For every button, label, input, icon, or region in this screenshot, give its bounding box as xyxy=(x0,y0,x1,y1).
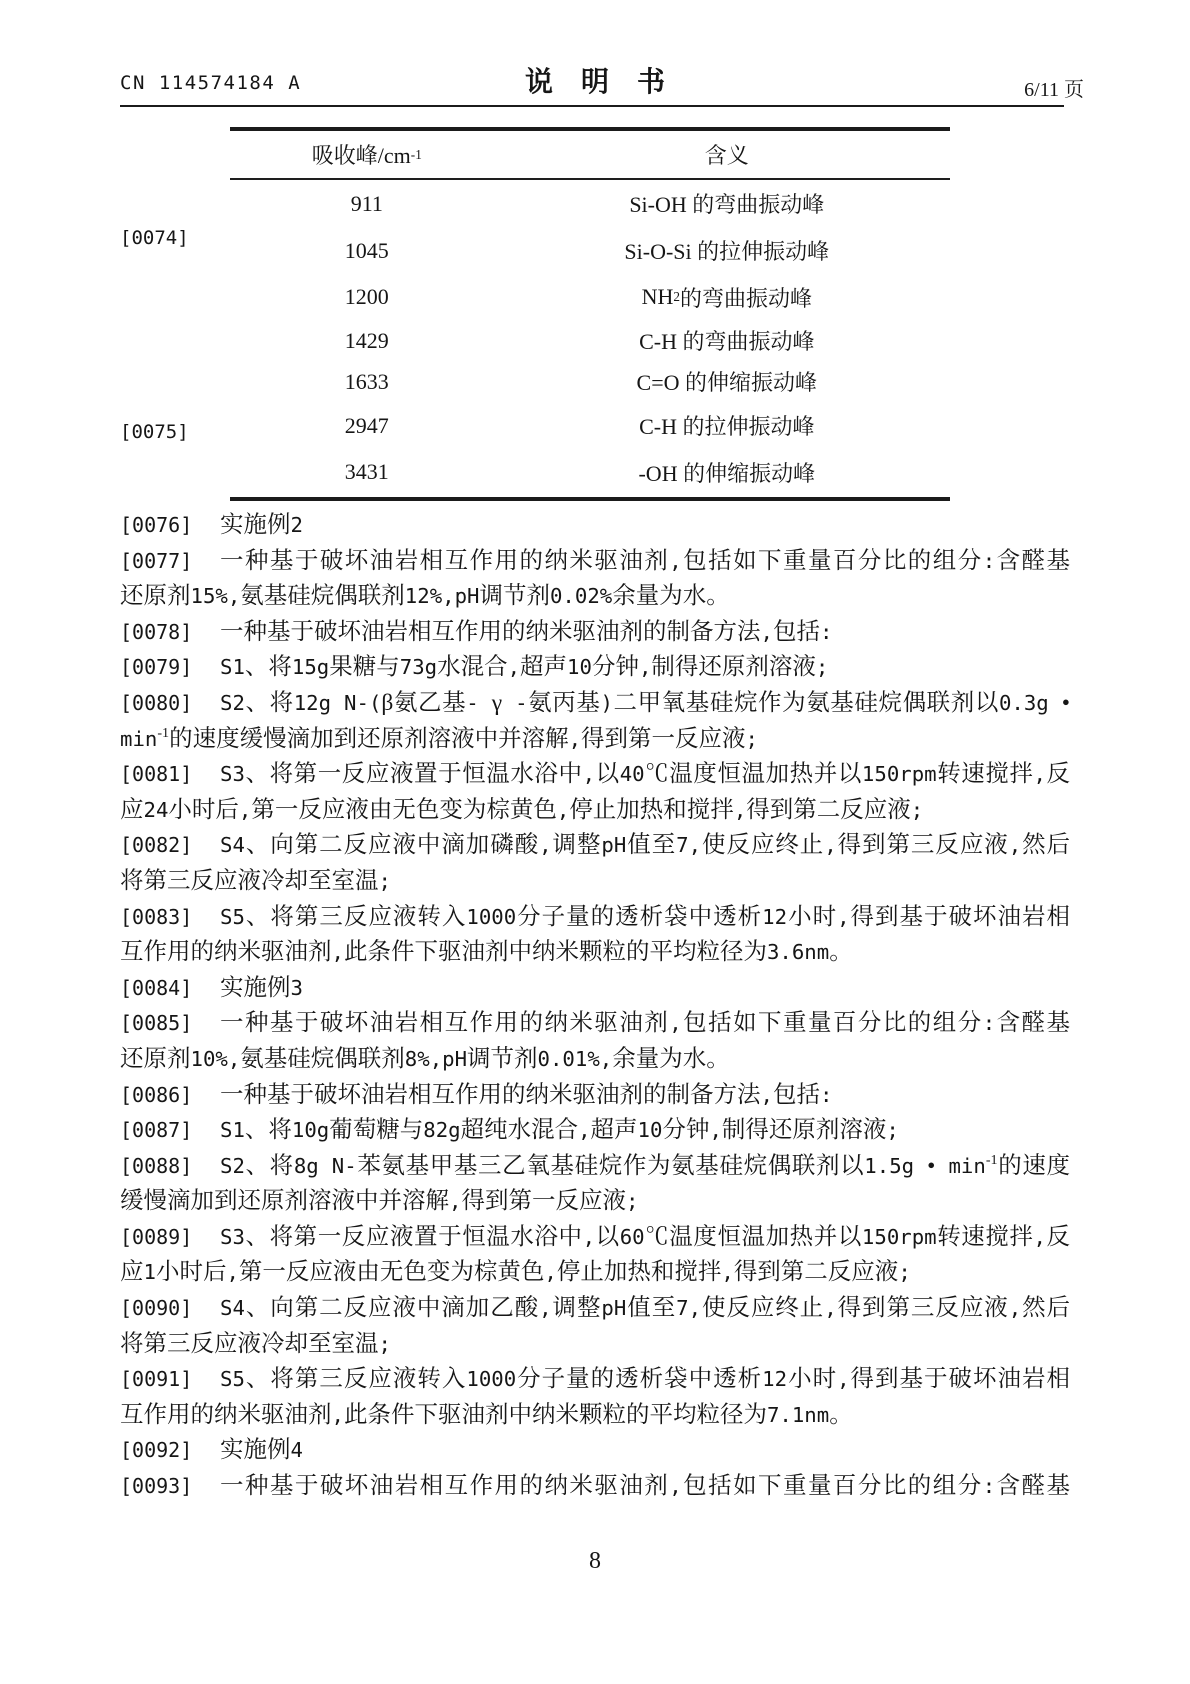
latin-text: ; xyxy=(626,1189,638,1213)
paragraph-text: 将第三反应液冷却至室温; xyxy=(120,864,1070,900)
latin-text: 1000 xyxy=(466,905,516,929)
paragraph-marker: [0074] xyxy=(120,227,189,249)
latin-text: 15g xyxy=(292,655,329,679)
table-header-peak: 吸收峰/cm-1 xyxy=(230,131,504,178)
latin-text: 40 xyxy=(620,762,645,786)
paragraph-marker: [0089] xyxy=(120,1220,220,1256)
paragraph-marker: [0079] xyxy=(120,650,220,686)
paragraph-first-line: [0084]实施例3 xyxy=(120,971,1070,1007)
paragraph-text: 一种基于破坏油岩相互作用的纳米驱油剂的制备方法,包括: xyxy=(220,615,1070,651)
peak-meaning: Si-O-Si 的拉伸振动峰 xyxy=(504,227,950,274)
latin-text: ) xyxy=(600,691,612,715)
paragraph-first-line: [0079]S1、将15g果糖与73g水混合,超声10分钟,制得还原剂溶液; xyxy=(120,650,1070,686)
peak-value: 911 xyxy=(230,180,504,227)
paragraph-continuation-line: 应24小时后,第一反应液由无色变为棕黄色,停止加热和搅拌,得到第二反应液; xyxy=(120,793,1070,829)
paragraph-marker: [0091] xyxy=(120,1362,220,1398)
latin-text: : xyxy=(983,549,995,573)
latin-text: , xyxy=(539,1296,551,1320)
latin-text: , xyxy=(449,1189,461,1213)
latin-text: , xyxy=(569,727,581,751)
latin-text: S2 xyxy=(220,1154,245,1178)
paragraph-text: S5、将第三反应液转入1000分子量的透析袋中透析12小时,得到基于破坏油岩相 xyxy=(220,900,1070,936)
latin-text: - xyxy=(466,691,491,715)
table-row: 2947C-H 的拉伸振动峰 xyxy=(230,402,950,449)
latin-text: , xyxy=(583,1225,595,1249)
paragraph-marker: [0092] xyxy=(120,1433,220,1469)
latin-text: 0.01%, xyxy=(538,1047,613,1071)
latin-text: ; xyxy=(746,727,758,751)
paragraph-first-line: [0081]S3、将第一反应液置于恒温水浴中,以40℃温度恒温加热并以150rp… xyxy=(120,757,1070,793)
paragraph-text: 互作用的纳米驱油剂,此条件下驱油剂中纳米颗粒的平均粒径为3.6nm。 xyxy=(120,935,1070,971)
paragraph-marker: [0087] xyxy=(120,1113,220,1149)
latin-text: 24 xyxy=(144,798,169,822)
latin-text: 10g xyxy=(292,1118,329,1142)
latin-text: S1 xyxy=(220,655,245,679)
paragraph-marker: [0090] xyxy=(120,1291,220,1327)
latin-text: ; xyxy=(379,869,391,893)
paragraph-first-line: [0085]一种基于破坏油岩相互作用的纳米驱油剂,包括如下重量百分比的组分:含醛… xyxy=(120,1006,1070,1042)
paragraph-text: 实施例3 xyxy=(220,971,1070,1007)
paragraph-text: 一种基于破坏油岩相互作用的纳米驱油剂,包括如下重量百分比的组分:含醛基 xyxy=(220,1006,1070,1042)
latin-text: 1 xyxy=(144,1260,156,1284)
paragraph-text: 还原剂10%,氨基硅烷偶联剂8%,pH调节剂0.01%,余量为水。 xyxy=(120,1042,1070,1078)
page-indicator: 6/11 页 xyxy=(1024,73,1084,102)
latin-text: 1000 xyxy=(466,1367,516,1391)
latin-text: , xyxy=(824,1296,836,1320)
latin-text: , xyxy=(578,1118,590,1142)
paragraph-marker: [0076] xyxy=(120,508,220,544)
latin-text: , xyxy=(669,1011,681,1035)
peak-value: 1429 xyxy=(230,320,504,361)
paragraph-marker: [0078] xyxy=(120,615,220,651)
peak-meaning: -OH 的伸缩振动峰 xyxy=(504,449,950,495)
latin-text: , xyxy=(332,940,344,964)
table-header-row: 吸收峰/cm-1 含义 xyxy=(230,131,950,180)
peak-meaning: Si-OH 的弯曲振动峰 xyxy=(504,180,950,227)
table-header-meaning: 含义 xyxy=(504,131,950,178)
latin-text: 7, xyxy=(676,833,701,857)
latin-text: 8%,pH xyxy=(405,1047,467,1071)
paragraph-continuation-line: min-1的速度缓慢滴加到还原剂溶液中并溶解,得到第一反应液; xyxy=(120,722,1070,758)
latin-text: : xyxy=(820,1083,832,1107)
table-row: 911Si-OH 的弯曲振动峰 xyxy=(230,180,950,227)
latin-text: ; xyxy=(911,798,923,822)
latin-text: , xyxy=(721,1260,733,1284)
latin-text: : xyxy=(820,620,832,644)
peak-value: 2947 xyxy=(230,402,504,449)
paragraph-continuation-line: 还原剂15%,氨基硅烷偶联剂12%,pH调节剂0.02%余量为水。 xyxy=(120,579,1070,615)
latin-text: 10 xyxy=(638,1118,663,1142)
paragraph-marker: [0077] xyxy=(120,544,220,580)
latin-text: , xyxy=(332,1403,344,1427)
latin-text: 1.5g xyxy=(864,1154,927,1178)
patent-page: CN 114574184 A 说 明 书 6/11 页 吸收峰/cm-1 含义 … xyxy=(0,0,1190,1684)
latin-text: 7, xyxy=(676,1296,701,1320)
latin-text: min xyxy=(120,727,157,751)
latin-text: pH xyxy=(601,1296,626,1320)
paragraph-text: 还原剂15%,氨基硅烷偶联剂12%,pH调节剂0.02%余量为水。 xyxy=(120,579,1070,615)
paragraph-first-line: [0078]一种基于破坏油岩相互作用的纳米驱油剂的制备方法,包括: xyxy=(120,615,1070,651)
page-number: 8 xyxy=(0,1548,1190,1575)
paragraph-continuation-line: 缓慢滴加到还原剂溶液中并溶解,得到第一反应液; xyxy=(120,1184,1070,1220)
latin-text: 150rpm xyxy=(862,1225,937,1249)
paragraph-first-line: [0090]S4、向第二反应液中滴加乙酸,调整pH值至7,使反应终止,得到第三反… xyxy=(120,1291,1070,1327)
table-row: 1045Si-O-Si 的拉伸振动峰 xyxy=(230,227,950,274)
paragraph-text: S3、将第一反应液置于恒温水浴中,以40℃温度恒温加热并以150rpm转速搅拌,… xyxy=(220,757,1070,793)
latin-text: , xyxy=(761,620,773,644)
latin-text: : xyxy=(983,1011,995,1035)
latin-text: 10 xyxy=(567,655,592,679)
latin-text: S3 xyxy=(220,1225,245,1249)
peak-value: 1633 xyxy=(230,361,504,402)
latin-text: , xyxy=(1009,1296,1021,1320)
latin-text: , xyxy=(226,1260,238,1284)
latin-text: S1 xyxy=(220,1118,245,1142)
latin-text: 3.6nm xyxy=(767,940,829,964)
latin-text: 8g N- xyxy=(294,1154,357,1178)
paragraph-first-line: [0093]一种基于破坏油岩相互作用的纳米驱油剂,包括如下重量百分比的组分:含醛… xyxy=(120,1469,1070,1505)
latin-text: , xyxy=(837,1367,849,1391)
latin-text: , xyxy=(544,1260,556,1284)
table-row: 1633C=O 的伸缩振动峰 xyxy=(230,361,950,402)
table-row: 1429C-H 的弯曲振动峰 xyxy=(230,320,950,361)
paragraph-text: 缓慢滴加到还原剂溶液中并溶解,得到第一反应液; xyxy=(120,1184,1070,1220)
paragraph-first-line: [0089]S3、将第一反应液置于恒温水浴中,以60℃温度恒温加热并以150rp… xyxy=(120,1220,1070,1256)
latin-text: 82g xyxy=(423,1118,460,1142)
paragraph-text: 一种基于破坏油岩相互作用的纳米驱油剂的制备方法,包括: xyxy=(220,1078,1070,1114)
latin-text: 60 xyxy=(620,1225,645,1249)
latin-text: , xyxy=(557,798,569,822)
paragraph-text: 一种基于破坏油岩相互作用的纳米驱油剂,包括如下重量百分比的组分:含醛基 xyxy=(220,1469,1070,1505)
latin-text: S4 xyxy=(220,1296,245,1320)
paragraph-marker: [0088] xyxy=(120,1149,220,1185)
latin-text: ; xyxy=(379,1332,391,1356)
page-title: 说 明 书 xyxy=(0,60,1190,100)
latin-text: , xyxy=(1034,1225,1046,1249)
table-row: 3431-OH 的伸缩振动峰 xyxy=(230,449,950,495)
paragraph-text: S2、将12g N-(β氨乙基- γ -氨丙基)二甲氧基硅烷作为氨基硅烷偶联剂以… xyxy=(220,686,1070,722)
paragraph-continuation-line: 互作用的纳米驱油剂,此条件下驱油剂中纳米颗粒的平均粒径为3.6nm。 xyxy=(120,935,1070,971)
latin-text: 12 xyxy=(762,905,787,929)
paragraph-continuation-line: 互作用的纳米驱油剂,此条件下驱油剂中纳米颗粒的平均粒径为7.1nm。 xyxy=(120,1398,1070,1434)
paragraph-continuation-line: 将第三反应液冷却至室温; xyxy=(120,864,1070,900)
paragraph-marker: [0081] xyxy=(120,757,220,793)
latin-text: , xyxy=(539,833,551,857)
paragraph-text: S4、向第二反应液中滴加磷酸,调整pH值至7,使反应终止,得到第三反应液,然后 xyxy=(220,828,1070,864)
paragraph-first-line: [0088]S2、将8g N-苯氨基甲基三乙氧基硅烷作为氨基硅烷偶联剂以1.5g… xyxy=(120,1149,1070,1185)
paragraph-text: S3、将第一反应液置于恒温水浴中,以60℃温度恒温加热并以150rpm转速搅拌,… xyxy=(220,1220,1070,1256)
peak-value: 1045 xyxy=(230,227,504,274)
latin-text: , xyxy=(508,655,520,679)
latin-text: 7.1nm xyxy=(767,1403,829,1427)
latin-text: 73g xyxy=(400,655,437,679)
paragraph-text: 一种基于破坏油岩相互作用的纳米驱油剂,包括如下重量百分比的组分:含醛基 xyxy=(220,544,1070,580)
paragraph-text: S1、将10g葡萄糖与82g超纯水混合,超声10分钟,制得还原剂溶液; xyxy=(220,1113,1070,1149)
latin-text: 12g N-( xyxy=(294,691,382,715)
latin-text: pH xyxy=(601,833,626,857)
peak-meaning: C-H 的弯曲振动峰 xyxy=(504,320,950,361)
header-rule xyxy=(120,105,1064,107)
paragraph-first-line: [0076]实施例2 xyxy=(120,508,1070,544)
paragraph-first-line: [0083]S5、将第三反应液转入1000分子量的透析袋中透析12小时,得到基于… xyxy=(120,900,1070,936)
latin-text: 0.3g xyxy=(999,691,1062,715)
latin-text: - xyxy=(502,691,527,715)
paragraph-first-line: [0091]S5、将第三反应液转入1000分子量的透析袋中透析12小时,得到基于… xyxy=(120,1362,1070,1398)
paragraph-text: 应24小时后,第一反应液由无色变为棕黄色,停止加热和搅拌,得到第二反应液; xyxy=(120,793,1070,829)
latin-text: min xyxy=(935,1154,985,1178)
paragraph-text: S4、向第二反应液中滴加乙酸,调整pH值至7,使反应终止,得到第三反应液,然后 xyxy=(220,1291,1070,1327)
latin-text: 12 xyxy=(762,1367,787,1391)
paragraph-marker: [0084] xyxy=(120,971,220,1007)
latin-text: , xyxy=(583,762,595,786)
paragraph-text: 实施例2 xyxy=(220,508,1070,544)
paragraph-text: 应1小时后,第一反应液由无色变为棕黄色,停止加热和搅拌,得到第二反应液; xyxy=(120,1255,1070,1291)
paragraph-marker: [0080] xyxy=(120,686,220,722)
paragraph-first-line: [0080]S2、将12g N-(β氨乙基- γ -氨丙基)二甲氧基硅烷作为氨基… xyxy=(120,686,1070,722)
paragraph-first-line: [0086]一种基于破坏油岩相互作用的纳米驱油剂的制备方法,包括: xyxy=(120,1078,1070,1114)
latin-text: , xyxy=(734,798,746,822)
latin-text: S2 xyxy=(220,691,245,715)
latin-text: 2 xyxy=(291,513,303,537)
peak-value: 1200 xyxy=(230,274,504,320)
latin-text: 4 xyxy=(291,1438,303,1462)
paragraph-text: 将第三反应液冷却至室温; xyxy=(120,1327,1070,1363)
latin-text: ; xyxy=(886,1118,898,1142)
paragraph-text: S1、将15g果糖与73g水混合,超声10分钟,制得还原剂溶液; xyxy=(220,650,1070,686)
latin-text: S3 xyxy=(220,762,245,786)
paragraph-continuation-line: 还原剂10%,氨基硅烷偶联剂8%,pH调节剂0.01%,余量为水。 xyxy=(120,1042,1070,1078)
latin-text: 3 xyxy=(291,976,303,1000)
paragraph-text: S2、将8g N-苯氨基甲基三乙氧基硅烷作为氨基硅烷偶联剂以1.5g • min… xyxy=(220,1149,1070,1185)
paragraph-text: S5、将第三反应液转入1000分子量的透析袋中透析12小时,得到基于破坏油岩相 xyxy=(220,1362,1070,1398)
peak-meaning: C-H 的拉伸振动峰 xyxy=(504,402,950,449)
latin-text: , xyxy=(669,1474,681,1498)
latin-text: , xyxy=(837,905,849,929)
latin-text: , xyxy=(239,798,251,822)
peak-meaning: C=O 的伸缩振动峰 xyxy=(504,361,950,402)
peak-meaning: NH2 的弯曲振动峰 xyxy=(504,274,950,320)
paragraph-first-line: [0092]实施例4 xyxy=(120,1433,1070,1469)
paragraph-first-line: [0077]一种基于破坏油岩相互作用的纳米驱油剂,包括如下重量百分比的组分:含醛… xyxy=(120,544,1070,580)
paragraph-marker: [0083] xyxy=(120,900,220,936)
paragraph-first-line: [0082]S4、向第二反应液中滴加磷酸,调整pH值至7,使反应终止,得到第三反… xyxy=(120,828,1070,864)
paragraph-marker: [0075] xyxy=(120,421,189,443)
latin-text: 15%, xyxy=(191,584,241,608)
table-row: 1200NH2 的弯曲振动峰 xyxy=(230,274,950,320)
specification-body: [0076]实施例2[0077]一种基于破坏油岩相互作用的纳米驱油剂,包括如下重… xyxy=(120,508,1070,1505)
paragraph-marker: [0093] xyxy=(120,1469,220,1505)
table-body: 911Si-OH 的弯曲振动峰1045Si-O-Si 的拉伸振动峰1200NH2… xyxy=(230,180,950,495)
latin-text: , xyxy=(1009,833,1021,857)
paragraph-text: 实施例4 xyxy=(220,1433,1070,1469)
absorption-peak-table: 吸收峰/cm-1 含义 911Si-OH 的弯曲振动峰1045Si-O-Si 的… xyxy=(230,127,950,501)
latin-text: ; xyxy=(898,1260,910,1284)
latin-text: , xyxy=(669,549,681,573)
latin-text: , xyxy=(709,1118,721,1142)
latin-text: S4 xyxy=(220,833,245,857)
paragraph-text: 互作用的纳米驱油剂,此条件下驱油剂中纳米颗粒的平均粒径为7.1nm。 xyxy=(120,1398,1070,1434)
latin-text: , xyxy=(639,655,651,679)
paragraph-marker: [0085] xyxy=(120,1006,220,1042)
latin-text: S5 xyxy=(220,905,245,929)
latin-text: : xyxy=(983,1474,995,1498)
latin-text: 0.02% xyxy=(550,584,612,608)
paragraph-text: min-1的速度缓慢滴加到还原剂溶液中并溶解,得到第一反应液; xyxy=(120,722,1070,758)
latin-text: ; xyxy=(816,655,828,679)
paragraph-continuation-line: 将第三反应液冷却至室温; xyxy=(120,1327,1070,1363)
peak-value: 3431 xyxy=(230,449,504,495)
latin-text: 150rpm xyxy=(862,762,937,786)
paragraph-first-line: [0087]S1、将10g葡萄糖与82g超纯水混合,超声10分钟,制得还原剂溶液… xyxy=(120,1113,1070,1149)
paragraph-marker: [0082] xyxy=(120,828,220,864)
latin-text: , xyxy=(761,1083,773,1107)
latin-text: , xyxy=(824,833,836,857)
paragraph-marker: [0086] xyxy=(120,1078,220,1114)
latin-text: 10%, xyxy=(191,1047,241,1071)
latin-text: S5 xyxy=(220,1367,245,1391)
latin-text: 12%,pH xyxy=(405,584,480,608)
paragraph-continuation-line: 应1小时后,第一反应液由无色变为棕黄色,停止加热和搅拌,得到第二反应液; xyxy=(120,1255,1070,1291)
latin-text: , xyxy=(1034,762,1046,786)
